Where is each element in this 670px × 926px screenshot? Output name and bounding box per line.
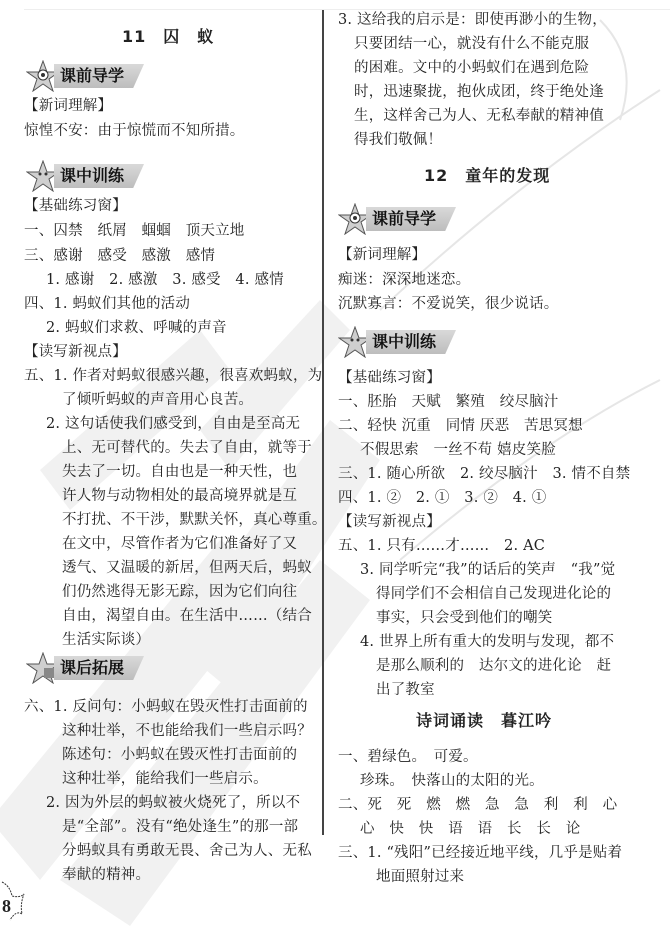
text-line: 三、1. “残阳”已经接近地平线，几乎是贴着 — [338, 843, 622, 863]
text-line: 透气、又温暖的新居，但两天后，蚂蚁 — [62, 558, 312, 578]
text-line: 不打扰、不干涉，默默关怀，真心尊重。 — [62, 510, 327, 530]
text-line: 不假思索 一丝不苟 嬉皮笑脸 — [360, 440, 556, 460]
text-line: 陈述句：小蚂蚁在毁灭性打击面前的 — [62, 745, 297, 765]
text-line: 【读写新视点】 — [338, 512, 441, 532]
text-line: 生，这样舍己为人、无私奉献的精神值 — [354, 106, 604, 126]
text-line: 三、感谢 感受 感激 感情 — [24, 246, 215, 266]
text-line: 得我们敬佩！ — [354, 130, 442, 150]
section-badge-mid: 课中训练 — [338, 326, 456, 358]
text-line: 出了教室 — [376, 680, 435, 700]
text-line: 【读写新视点】 — [24, 342, 127, 362]
text-line: 这种壮举，能给我们一些启示。 — [62, 769, 268, 789]
text-line: 3. 这给我的启示是：即使再渺小的生物， — [338, 10, 607, 30]
text-line: 事实，只会受到他们的嘲笑 — [376, 608, 552, 628]
lesson-title-11: 11 囚 蚁 — [122, 24, 214, 47]
text-line: 地面照射过来 — [376, 867, 464, 887]
text-line: 自由，渴望自由。在生活中……（结合 — [62, 606, 312, 626]
section-badge-pre: 课前导学 — [26, 60, 144, 92]
section-label: 课中训练 — [366, 330, 456, 354]
text-line: 只要团结一心，就没有什么不能克服 — [354, 34, 589, 54]
text-line: 二、轻快 沉重 同情 厌恶 苦思冥想 — [338, 416, 583, 436]
text-line: 沉默寡言：不爱说笑，很少说话。 — [338, 294, 559, 314]
text-line: 3. 同学听完“我”的话后的笑声 “我”觉 — [360, 560, 615, 580]
text-line: 奉献的精神。 — [62, 865, 150, 885]
text-line: 们仍然逃得无影无踪，因为它们向往 — [62, 582, 297, 602]
text-line: 惊惶不安：由于惊慌而不知所措。 — [24, 121, 245, 141]
text-line: 一、碧绿色。 可爱。 — [338, 747, 478, 767]
text-line: 【新词理解】 — [338, 245, 426, 265]
text-line: 心 快 快 语 语 长 长 论 — [360, 819, 581, 839]
text-line: 2. 蚂蚁们求救、呼喊的声音 — [46, 318, 227, 338]
text-line: 4. 世界上所有重大的发明与发现，都不 — [360, 632, 614, 652]
text-line: 生活实际谈） — [62, 630, 150, 650]
poem-title: 诗词诵读 暮江吟 — [416, 708, 552, 731]
text-line: 四、1. 蚂蚁们其他的活动 — [24, 294, 190, 314]
text-line: 一、囚禁 纸屑 蝈蝈 顶天立地 — [24, 221, 245, 241]
page-star-icon — [0, 880, 30, 926]
text-line: 珍珠。 快落山的太阳的光。 — [360, 771, 544, 791]
text-line: 五、1. 作者对蚂蚁很感兴趣，很喜欢蚂蚁，为 — [24, 366, 322, 386]
section-badge-pre: 课前导学 — [338, 203, 456, 235]
text-line: 一、胚胎 天赋 繁殖 绞尽脑汁 — [338, 392, 559, 412]
section-badge-mid: 课中训练 — [26, 160, 144, 192]
section-label: 课前导学 — [54, 64, 144, 88]
section-badge-post: 课后拓展 — [26, 652, 144, 684]
text-line: 上、无可替代的。失去了自由，就等于 — [62, 438, 312, 458]
text-line: 的困难。文中的小蚂蚁们在遇到危险 — [354, 58, 589, 78]
text-line: 失去了一切。自由也是一种天性，也 — [62, 462, 297, 482]
text-line: 了倾听蚂蚁的声音用心良苦。 — [62, 390, 253, 410]
text-line: 1. 感谢 2. 感激 3. 感受 4. 感情 — [46, 270, 284, 290]
lesson-title-12: 12 童年的发现 — [424, 163, 550, 186]
text-line: 2. 因为外层的蚂蚁被火烧死了，所以不 — [46, 793, 300, 813]
text-line: 二、死 死 燃 燃 急 急 利 利 心 — [338, 795, 617, 815]
text-line: 时，迅速聚拢，抱伙成团，终于绝处逢 — [354, 82, 604, 102]
text-line: 三、1. 随心所欲 2. 绞尽脑汁 3. 情不自禁 — [338, 464, 630, 484]
text-line: 【新词理解】 — [24, 96, 112, 116]
text-line: 许人物与动物相处的最高境界就是互 — [62, 486, 297, 506]
column-divider — [322, 10, 324, 835]
text-line: 五、1. 只有……才…… 2. AC — [338, 536, 545, 556]
text-line: 【基础练习窗】 — [24, 196, 127, 216]
text-line: 【基础练习窗】 — [338, 368, 441, 388]
text-line: 2. 这句话使我们感受到，自由是至高无 — [46, 414, 300, 434]
text-line: 是那么顺利的 达尔文的进化论 赶 — [376, 656, 611, 676]
section-label: 课后拓展 — [54, 656, 144, 680]
text-line: 痴迷：深深地迷恋。 — [338, 270, 470, 290]
text-line: 四、1. ② 2. ① 3. ② 4. ① — [338, 488, 546, 508]
section-label: 课中训练 — [54, 164, 144, 188]
text-line: 这种壮举，不也能给我们一些启示吗？ — [62, 721, 312, 741]
text-line: 六、1. 反问句：小蚂蚁在毁灭性打击面前的 — [24, 697, 308, 717]
text-line: 是“全部”。没有“绝处逢生”的那一部 — [62, 817, 298, 837]
text-line: 在文中，尽管作者为它们准备好了又 — [62, 534, 297, 554]
text-line: 得同学们不会相信自己发现进化论的 — [376, 584, 611, 604]
text-line: 分蚂蚁具有勇敢无畏、舍己为人、无私 — [62, 841, 312, 861]
section-label: 课前导学 — [366, 207, 456, 231]
